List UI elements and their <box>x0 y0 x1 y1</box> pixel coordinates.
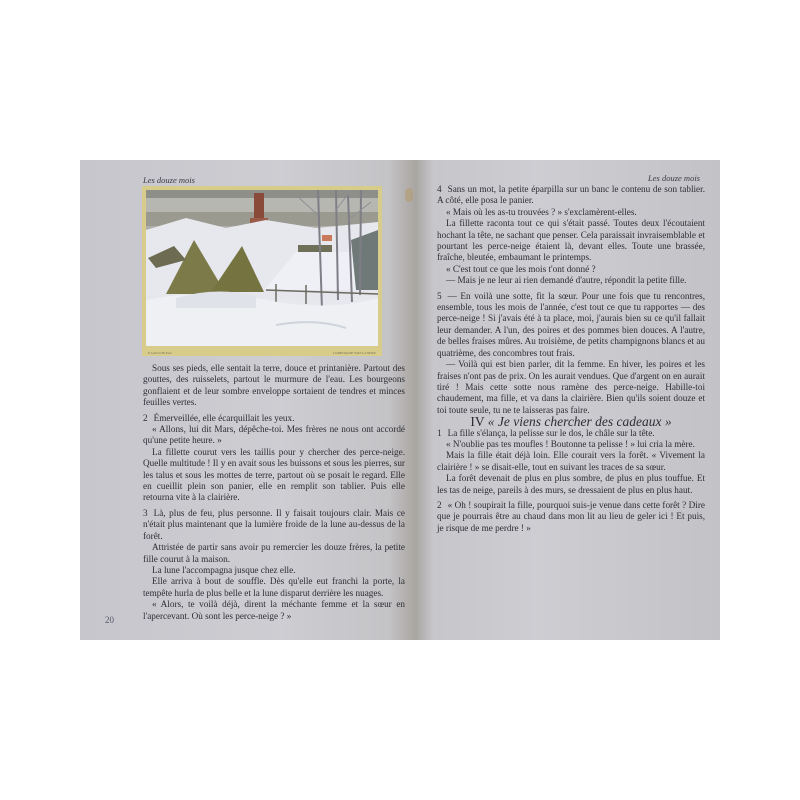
painting-image <box>146 190 378 346</box>
paragraph: Sous ses pieds, elle sentait la terre, d… <box>143 363 405 409</box>
paragraph-number: 4 <box>437 184 442 195</box>
left-page: Les douze mois <box>80 160 415 640</box>
paragraph-numbered: 2« Oh ! soupirait la fille, pourquoi sui… <box>437 500 705 534</box>
paragraph: « Alors, te voilà déjà, dirent la méchan… <box>143 599 405 622</box>
paragraph: « C'est tout ce que les mois t'ont donné… <box>437 264 705 275</box>
left-page-body: Sous ses pieds, elle sentait la terre, d… <box>143 363 405 622</box>
paragraph-numbered: 3Là, plus de feu, plus personne. Il y fa… <box>143 508 405 542</box>
paragraph-number: 5 <box>437 291 442 302</box>
page-number: 20 <box>105 615 114 625</box>
paragraph-text: — En voilà une sotte, fit la sœur. Pour … <box>437 291 705 358</box>
paragraph: « Allons, lui dit Mars, dépêche-toi. Mes… <box>143 424 405 447</box>
running-head-left: Les douze mois <box>143 175 195 185</box>
snow-village-painting <box>146 190 378 346</box>
paragraph-number: 2 <box>143 413 148 424</box>
paragraph-number: 1 <box>437 428 442 439</box>
paragraph-numbered: 4Sans un mot, la petite éparpilla sur un… <box>437 184 705 207</box>
paragraph: Mais la fille était déjà loin. Elle cour… <box>437 450 705 473</box>
painting-credit-right: LA BRETAGNE SOUS LA NEIGE <box>333 351 376 355</box>
paragraph: La lune l'accompagna jusque chez elle. <box>143 565 405 576</box>
right-page-body: 4Sans un mot, la petite éparpilla sur un… <box>437 184 705 534</box>
paragraph-numbered: 2Émerveillée, elle écarquillait les yeux… <box>143 413 405 424</box>
paragraph: La forêt devenait de plus en plus sombre… <box>437 473 705 496</box>
painting-illustration: P. GAUGUIN Paris LA BRETAGNE SOUS LA NEI… <box>142 186 382 356</box>
paragraph-number: 3 <box>143 508 148 519</box>
paragraph-text: « Oh ! soupirait la fille, pourquoi suis… <box>437 500 705 533</box>
paragraph: « Mais où les as-tu trouvées ? » s'excla… <box>437 207 705 218</box>
running-head-right: Les douze mois <box>648 173 700 183</box>
painting-credit-left: P. GAUGUIN Paris <box>148 351 172 355</box>
right-page: Les douze mois 4Sans un mot, la petite é… <box>415 160 720 640</box>
paragraph-numbered: 1La fille s'élança, la pelisse sur le do… <box>437 428 705 439</box>
paragraph-numbered: 5— En voilà une sotte, fit la sœur. Pour… <box>437 291 705 359</box>
paragraph: « N'oublie pas tes moufles ! Boutonne ta… <box>437 439 705 450</box>
paragraph: La fillette courut vers les taillis pour… <box>143 447 405 504</box>
paragraph: Attristée de partir sans avoir pu remerc… <box>143 542 405 565</box>
chapter-heading: IV « Je viens chercher des cadeaux » <box>437 416 705 427</box>
paragraph: — Mais je ne leur ai rien demandé d'autr… <box>437 275 705 286</box>
paragraph-text: Là, plus de feu, plus personne. Il y fai… <box>143 508 405 541</box>
paragraph: — Voilà qui est bien parler, dit la femm… <box>437 359 705 416</box>
gutter-stain <box>405 188 413 202</box>
paragraph-text: Sans un mot, la petite éparpilla sur un … <box>437 184 705 205</box>
paragraph-number: 2 <box>437 500 442 511</box>
paragraph-text: La fille s'élança, la pelisse sur le dos… <box>448 428 655 438</box>
paragraph-text: Émerveillée, elle écarquillait les yeux. <box>154 413 295 423</box>
paragraph: La fillette raconta tout ce qui s'était … <box>437 218 705 264</box>
open-book: Les douze mois <box>80 160 720 640</box>
paragraph: Elle arriva à bout de souffle. Dès qu'el… <box>143 576 405 599</box>
